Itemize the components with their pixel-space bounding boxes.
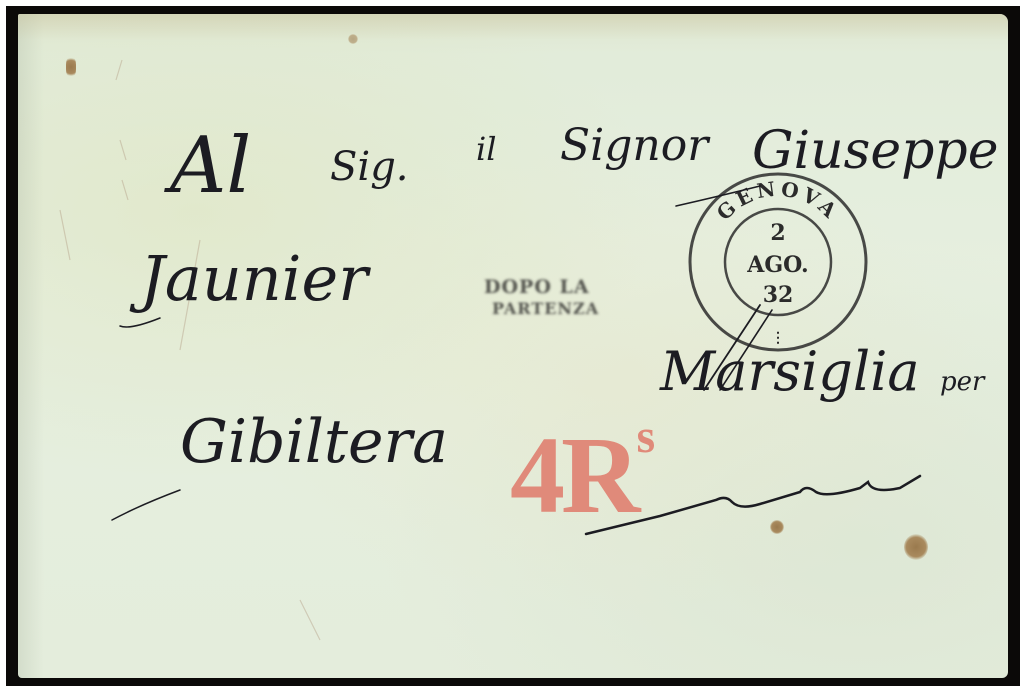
address-article: il xyxy=(476,130,496,168)
address-prefix: Al xyxy=(164,121,251,211)
rate-superscript: s xyxy=(636,410,654,463)
address-honorific: Sig. xyxy=(330,144,409,190)
rate-value: 4R xyxy=(510,414,642,536)
boxed-handstamp: DOPO LA PARTENZA xyxy=(484,276,599,318)
datestamp-year: 32 xyxy=(763,282,794,308)
address-title: Signor xyxy=(560,120,711,171)
datestamp-day: 2 xyxy=(770,220,785,246)
address-surname: Jaunier xyxy=(129,242,371,315)
rate-marking: 4Rs xyxy=(510,410,654,536)
datestamp-town: GENOVA xyxy=(712,176,844,225)
ink-layer: GENOVA 2 AGO. 32 ⋮ DOPO LA PARTENZA 4Rs … xyxy=(0,0,1020,686)
address-first-name: Giuseppe xyxy=(752,121,998,181)
svg-text:4Rs: 4Rs xyxy=(510,410,654,536)
address-routing-suffix: per xyxy=(940,367,986,397)
genova-datestamp: GENOVA 2 AGO. 32 ⋮ xyxy=(690,174,866,350)
address-destination: Gibiltera xyxy=(180,407,448,477)
handstamp-line1: DOPO LA xyxy=(484,276,590,298)
svg-text:GENOVA: GENOVA xyxy=(712,176,844,225)
address-routing: Marsiglia xyxy=(659,340,920,403)
datestamp-month: AGO. xyxy=(746,252,808,278)
handstamp-line2: PARTENZA xyxy=(492,299,599,318)
